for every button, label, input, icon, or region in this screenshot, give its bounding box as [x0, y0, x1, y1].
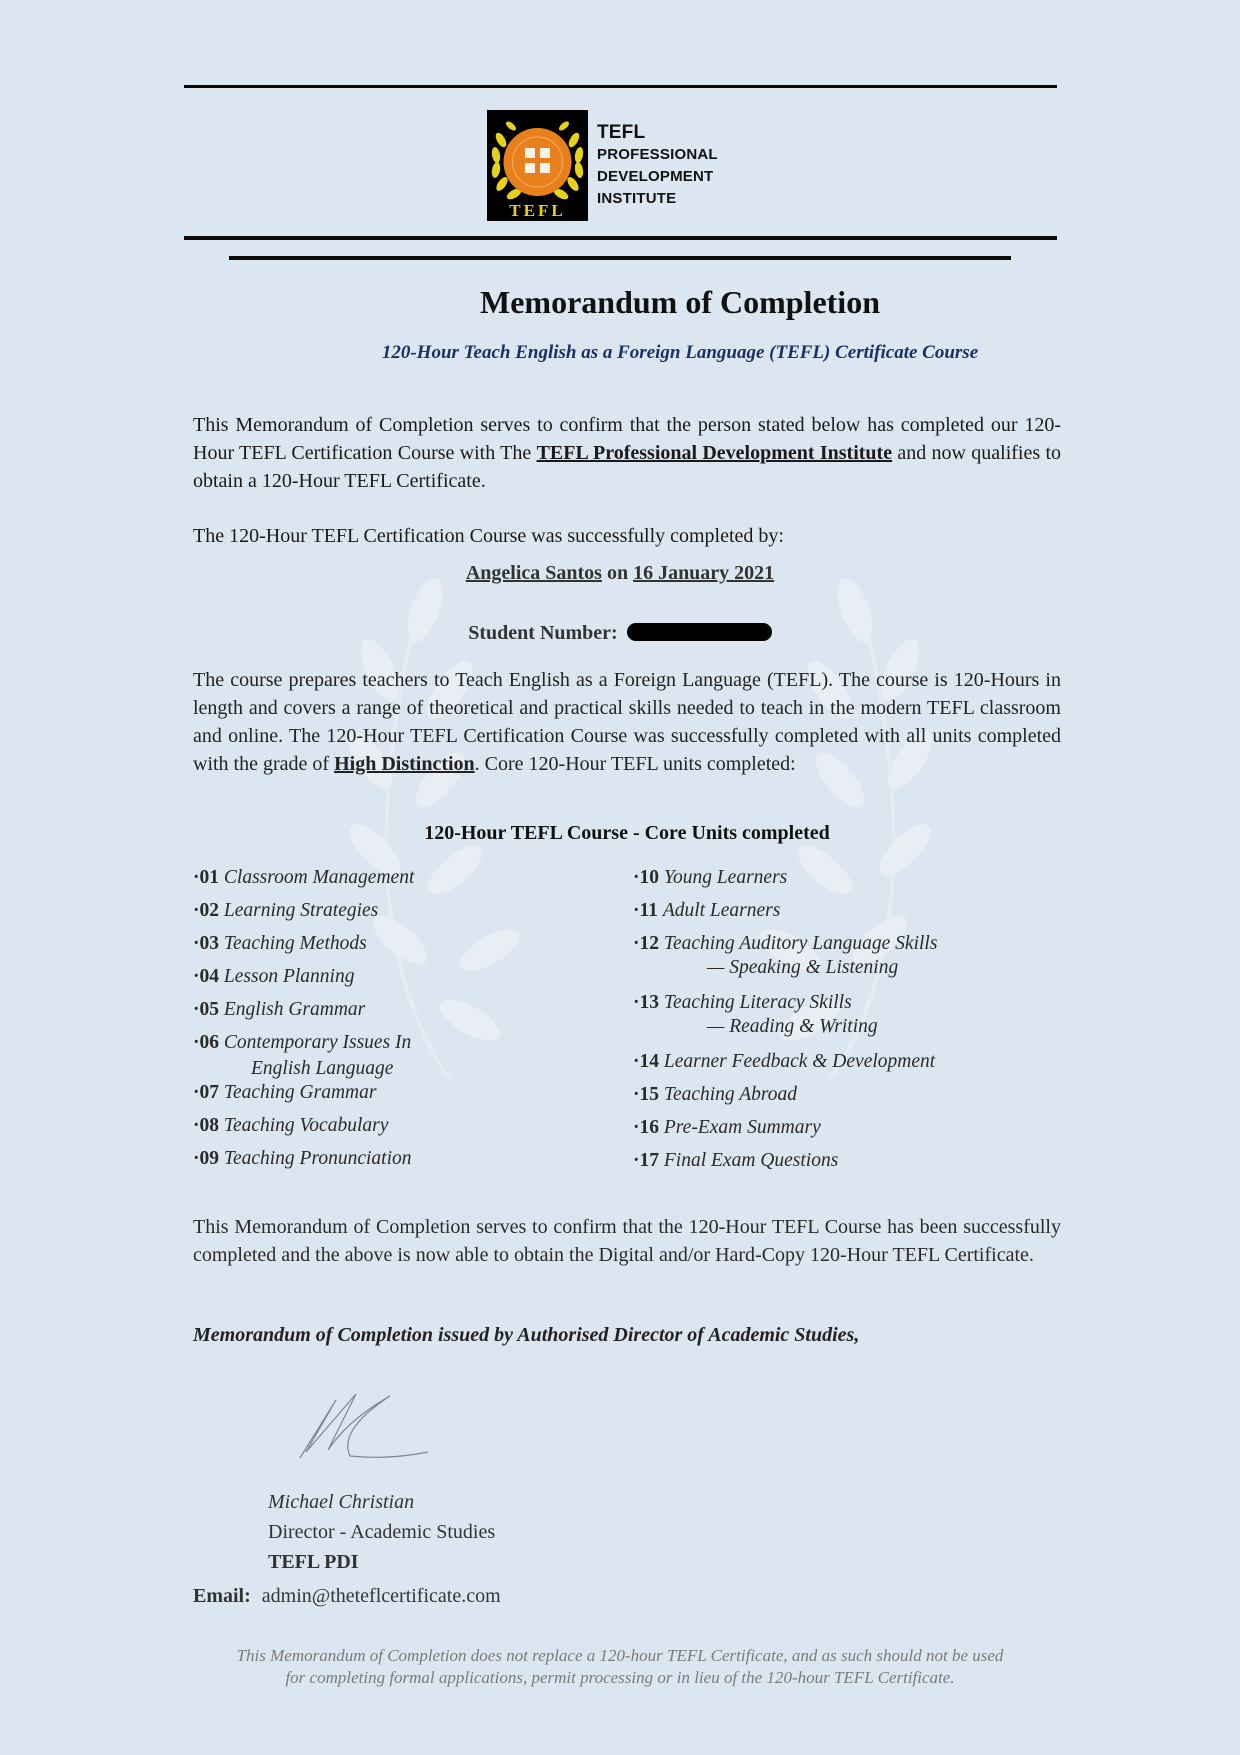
signatory-org: TEFL PDI: [268, 1547, 495, 1577]
course-subtitle: 120-Hour Teach English as a Foreign Lang…: [0, 342, 1240, 364]
unit-name: Teaching Methods: [224, 933, 367, 954]
student-name: Angelica Santos: [466, 562, 602, 584]
unit-item: ·15 Teaching Abroad: [633, 1083, 937, 1107]
units-list-right: ·10 Young Learners·11 Adult Learners·12 …: [633, 866, 937, 1182]
unit-item: ·12 Teaching Auditory Language Skills— S…: [633, 932, 937, 980]
unit-name: Contemporary Issues In: [224, 1032, 411, 1053]
logo-line-4: INSTITUTE: [597, 188, 718, 210]
unit-number: ·04: [193, 966, 219, 987]
unit-item: ·04 Lesson Planning: [193, 965, 414, 989]
svg-text:TEFL: TEFL: [509, 201, 565, 220]
unit-name-continued: — Reading & Writing: [633, 1015, 937, 1039]
unit-number: ·16: [633, 1117, 659, 1138]
units-heading: 120-Hour TEFL Course - Core Units comple…: [0, 822, 1240, 845]
unit-number: ·05: [193, 999, 219, 1020]
unit-name: Young Learners: [664, 867, 787, 888]
unit-name: Teaching Vocabulary: [224, 1115, 388, 1136]
grade-value: High Distinction: [334, 753, 475, 775]
unit-name: Teaching Literacy Skills: [664, 992, 852, 1013]
institute-logo: TEFL TEFL PROFESSIONAL DEVELOPMENT INSTI…: [487, 110, 718, 221]
unit-name-continued: English Language: [193, 1057, 414, 1081]
unit-item: ·14 Learner Feedback & Development: [633, 1050, 937, 1074]
unit-item: ·17 Final Exam Questions: [633, 1149, 937, 1173]
unit-item: ·02 Learning Strategies: [193, 899, 414, 923]
disclaimer: This Memorandum of Completion does not r…: [0, 1645, 1240, 1689]
header-bottom-rule: [184, 236, 1057, 240]
unit-number: ·13: [633, 992, 659, 1013]
unit-item: ·13 Teaching Literacy Skills— Reading & …: [633, 991, 937, 1039]
intro-paragraph: This Memorandum of Completion serves to …: [193, 411, 1061, 495]
signatory-role: Director - Academic Studies: [268, 1517, 495, 1547]
unit-name: Adult Learners: [663, 900, 781, 921]
unit-item: ·08 Teaching Vocabulary: [193, 1114, 414, 1138]
institute-link[interactable]: TEFL Professional Development Institute: [537, 442, 893, 464]
unit-number: ·09: [193, 1148, 219, 1169]
unit-name: Teaching Pronunciation: [224, 1148, 412, 1169]
signatory-name: Michael Christian: [268, 1487, 495, 1517]
unit-number: ·10: [633, 867, 659, 888]
header-double-rule: [229, 256, 1011, 260]
email-label: Email:: [193, 1585, 251, 1607]
unit-number: ·06: [193, 1032, 219, 1053]
unit-name: Learner Feedback & Development: [664, 1051, 935, 1072]
institute-name: TEFL PROFESSIONAL DEVELOPMENT INSTITUTE: [597, 122, 718, 210]
signature-icon: [298, 1390, 433, 1462]
logo-line-1: TEFL: [597, 122, 718, 144]
student-number-row: Student Number:: [0, 622, 1240, 645]
unit-name: Teaching Abroad: [664, 1084, 797, 1105]
unit-name: Final Exam Questions: [664, 1150, 838, 1171]
student-number-label: Student Number:: [468, 622, 617, 644]
unit-item: ·01 Classroom Management: [193, 866, 414, 890]
unit-name: Teaching Grammar: [224, 1082, 377, 1103]
contact-email-row: Email: admin@theteflcertificate.com: [193, 1585, 501, 1608]
unit-number: ·01: [193, 867, 219, 888]
unit-number: ·08: [193, 1115, 219, 1136]
unit-number: ·11: [633, 900, 658, 921]
unit-number: ·07: [193, 1082, 219, 1103]
units-list-left: ·01 Classroom Management·02 Learning Str…: [193, 866, 414, 1180]
student-number-redacted: [627, 623, 772, 641]
student-completion-line: Angelica Santos on 16 January 2021: [0, 562, 1240, 585]
completion-date: 16 January 2021: [633, 562, 774, 584]
unit-number: ·14: [633, 1051, 659, 1072]
unit-item: ·03 Teaching Methods: [193, 932, 414, 956]
unit-number: ·15: [633, 1084, 659, 1105]
laurel-emblem-icon: TEFL: [487, 110, 588, 221]
logo-line-3: DEVELOPMENT: [597, 166, 718, 188]
document-title: Memorandum of Completion: [0, 284, 1240, 321]
confirmation-paragraph: This Memorandum of Completion serves to …: [193, 1213, 1061, 1269]
logo-line-2: PROFESSIONAL: [597, 144, 718, 166]
unit-name: Learning Strategies: [224, 900, 378, 921]
unit-number: ·02: [193, 900, 219, 921]
unit-item: ·10 Young Learners: [633, 866, 937, 890]
unit-item: ·07 Teaching Grammar: [193, 1081, 414, 1105]
unit-item: ·06 Contemporary Issues InEnglish Langua…: [193, 1031, 414, 1081]
unit-number: ·03: [193, 933, 219, 954]
unit-name: Lesson Planning: [224, 966, 355, 987]
unit-name: Classroom Management: [224, 867, 414, 888]
unit-item: ·11 Adult Learners: [633, 899, 937, 923]
signatory-block: Michael Christian Director - Academic St…: [268, 1487, 495, 1577]
unit-item: ·09 Teaching Pronunciation: [193, 1147, 414, 1171]
unit-item: ·05 English Grammar: [193, 998, 414, 1022]
unit-number: ·17: [633, 1150, 659, 1171]
email-link[interactable]: admin@theteflcertificate.com: [262, 1585, 501, 1607]
issued-by-statement: Memorandum of Completion issued by Autho…: [193, 1324, 859, 1347]
unit-number: ·12: [633, 933, 659, 954]
completed-by-label: The 120-Hour TEFL Certification Course w…: [193, 522, 1061, 550]
unit-name: Pre-Exam Summary: [664, 1117, 821, 1138]
unit-name: English Grammar: [224, 999, 365, 1020]
course-description: The course prepares teachers to Teach En…: [193, 666, 1061, 778]
unit-name: Teaching Auditory Language Skills: [664, 933, 938, 954]
unit-item: ·16 Pre-Exam Summary: [633, 1116, 937, 1140]
unit-name-continued: — Speaking & Listening: [633, 956, 937, 980]
header-top-rule: [184, 85, 1057, 88]
